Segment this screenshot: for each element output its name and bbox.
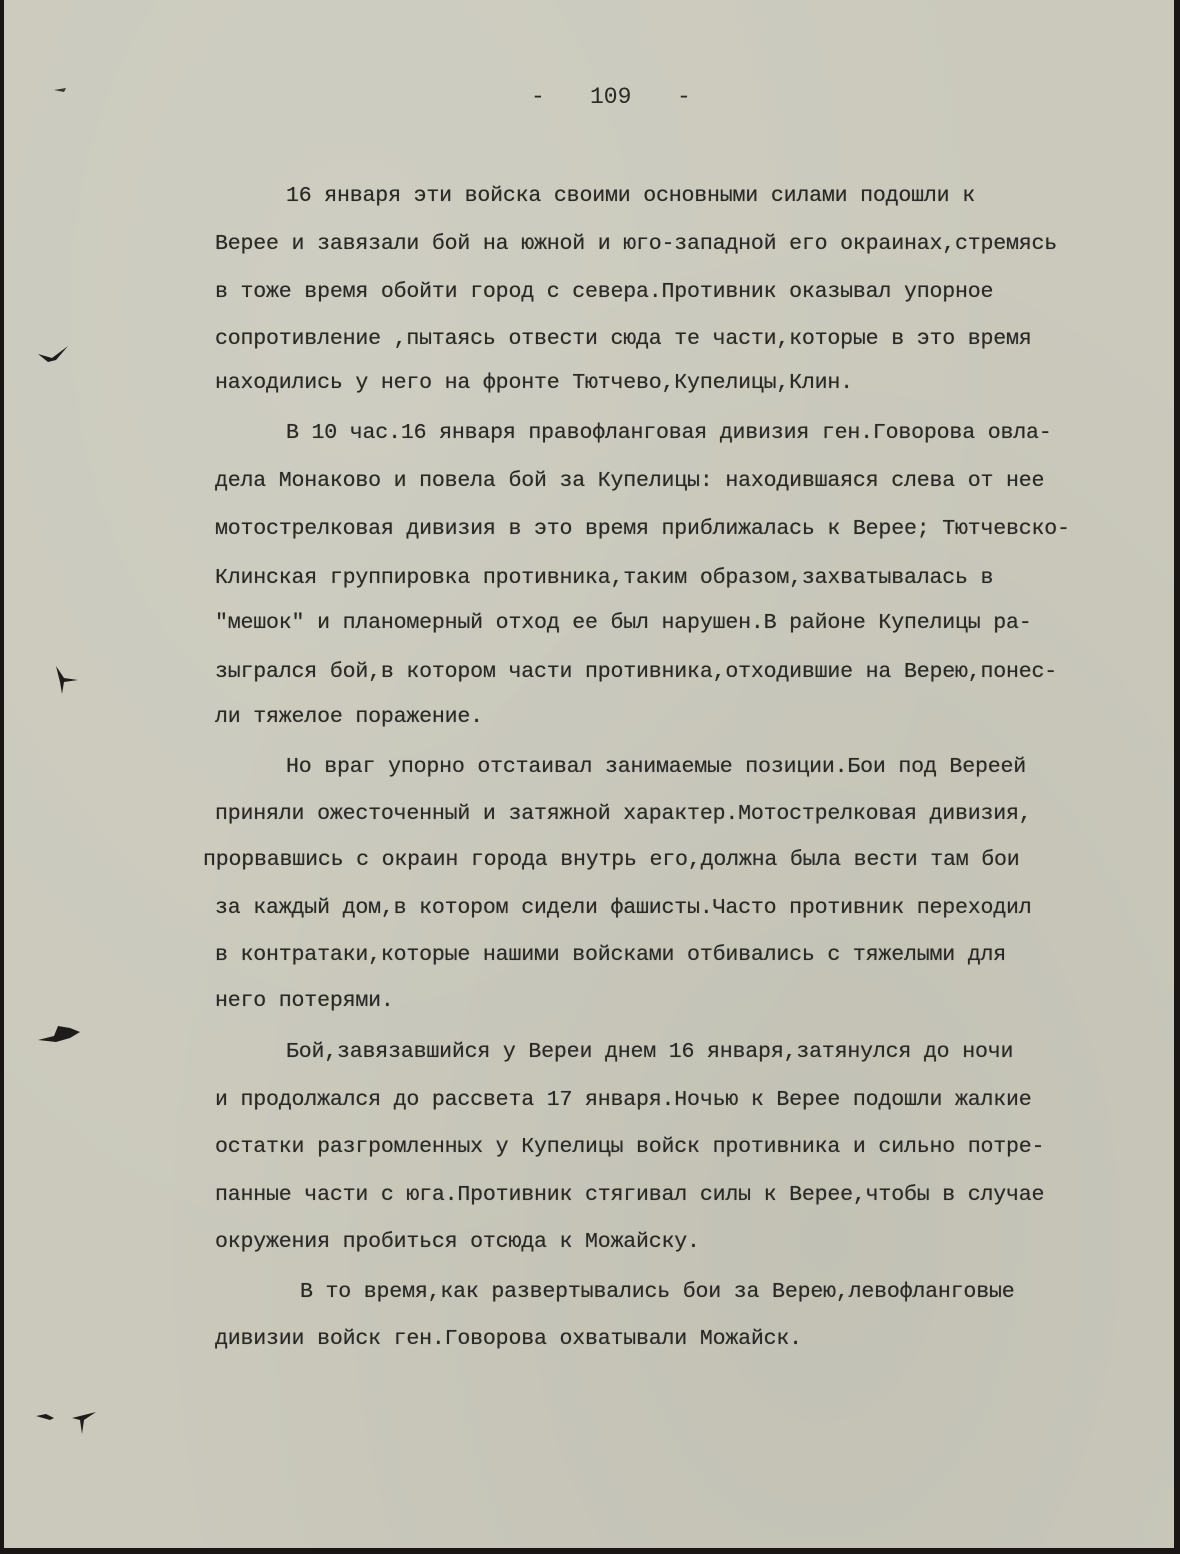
binding-hole-mark-icon xyxy=(48,664,88,698)
text-line: В 10 час.16 января правофланговая дивизи… xyxy=(286,421,1052,445)
text-line: панные части с юга.Противник стягивал си… xyxy=(215,1183,1044,1207)
page-number: 109 xyxy=(590,84,631,110)
binding-hole-mark-icon xyxy=(34,1018,90,1048)
text-line: мотострелковая дивизия в это время прибл… xyxy=(215,517,1070,541)
text-line: в тоже время обойти город с севера.Проти… xyxy=(215,280,993,304)
text-line: в контратаки,которые нашими войсками отб… xyxy=(215,943,1006,967)
page-number-dash-right: - xyxy=(677,84,691,110)
text-line: Бой,завязавшийся у Вереи днем 16 января,… xyxy=(286,1040,1013,1064)
text-line: и продолжался до рассвета 17 января.Ночь… xyxy=(215,1088,1032,1112)
text-line: находились у него на фронте Тютчево,Купе… xyxy=(215,371,853,395)
text-line: В то время,как развертывались бои за Вер… xyxy=(300,1280,1014,1304)
text-line: зыгрался бой,в котором части противника,… xyxy=(215,660,1057,684)
text-line: "мешок" и планомерный отход ее был наруш… xyxy=(215,611,1032,635)
text-line: дивизии войск ген.Говорова охватывали Мо… xyxy=(215,1327,802,1351)
binding-hole-mark-icon xyxy=(34,340,74,370)
text-line: приняли ожесточенный и затяжной характер… xyxy=(215,802,1032,826)
text-line: Но враг упорно отстаивал занимаемые пози… xyxy=(286,755,1026,779)
text-line: остатки разгромленных у Купелицы войск п… xyxy=(215,1135,1044,1159)
margin-dot-mark-icon xyxy=(52,84,72,96)
text-line: него потерями. xyxy=(215,989,394,1013)
text-line: 16 января эти войска своими основными си… xyxy=(286,184,1066,208)
text-line: Верее и завязали бой на южной и юго-запа… xyxy=(215,232,1057,256)
text-line: дела Монаково и повела бой за Купелицы: … xyxy=(215,469,1044,493)
document-page: - 109 - 16 января эти войска своими осно… xyxy=(4,0,1174,1548)
text-line: ли тяжелое поражение. xyxy=(215,705,483,729)
text-line: сопротивление ,пытаясь отвести сюда те ч… xyxy=(215,327,1032,351)
binding-hole-mark-icon xyxy=(32,1402,102,1438)
text-line: окружения пробиться отсюда к Можайску. xyxy=(215,1230,700,1254)
text-line: за каждый дом,в котором сидели фашисты.Ч… xyxy=(215,896,1032,920)
text-line: Клинская группировка противника,таким об… xyxy=(215,566,993,590)
page-number-dash-left: - xyxy=(531,84,545,110)
text-line: прорвавшись с окраин города внутрь его,д… xyxy=(203,848,1020,872)
